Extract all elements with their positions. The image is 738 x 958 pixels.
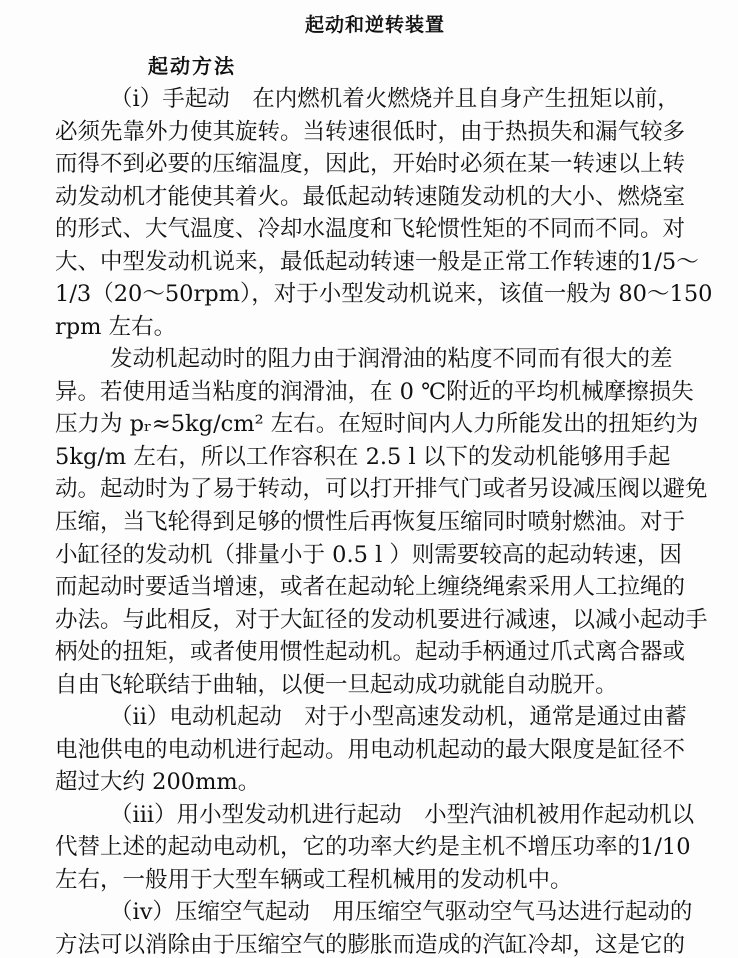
paragraph-line: 必须先靠外力使其旋转。当转速很低时，由于热损失和漏气较多 xyxy=(55,117,647,147)
paragraph-line: 的形式、大气温度、冷却水温度和飞轮惯性矩的不同而不同。对 xyxy=(55,214,647,244)
paragraph-line: （ii）电动机起动 对于小型高速发动机，通常是通过由蓄 xyxy=(110,702,647,732)
paragraph-line: 动发动机才能使其着火。最低起动转速随发动机的大小、燃烧室 xyxy=(55,182,647,212)
paragraph-line: 而得不到必要的压缩温度，因此，开始时必须在某一转速以上转 xyxy=(55,149,647,179)
paragraph-line: 柄处的扭矩，或者使用惯性起动机。起动手柄通过爪式离合器或 xyxy=(55,637,647,667)
paragraph-line: 发动机起动时的阻力由于润滑油的粘度不同而有很大的差 xyxy=(110,344,647,374)
paragraph-line: 压力为 pᵣ≈5kg/cm² 左右。在短时间内人力所能发出的扭矩约为 xyxy=(55,409,647,439)
paragraph-line: （iii）用小型发动机进行起动 小型汽油机被用作起动机以 xyxy=(110,800,647,830)
paragraph-line: 代替上述的起动电动机，它的功率大约是主机不增压功率的1/10 xyxy=(55,832,647,862)
document-page: 起动和逆转装置 起动方法 （i）手起动 在内燃机着火燃烧并且自身产生扭矩以前， … xyxy=(0,0,738,958)
paragraph-line: （iv）压缩空气起动 用压缩空气驱动空气马达进行起动的 xyxy=(110,897,647,927)
paragraph-line: 方法可以消除由于压缩空气的膨胀而造成的汽缸冷却，这是它的 xyxy=(55,930,647,958)
paragraph-line: 而起动时要适当增速，或者在起动轮上缠绕绳索采用人工拉绳的 xyxy=(55,572,647,602)
page-title: 起动和逆转装置 xyxy=(0,10,738,37)
paragraph-line: （i）手起动 在内燃机着火燃烧并且自身产生扭矩以前， xyxy=(110,84,647,114)
section-heading: 起动方法 xyxy=(148,50,236,79)
paragraph-line: 1/3（20～50rpm），对于小型发动机说来，该值一般为 80～150 xyxy=(55,279,647,309)
paragraph-line: 超过大约 200mm。 xyxy=(55,767,647,797)
paragraph-line: 压缩，当飞轮得到足够的惯性后再恢复压缩同时喷射燃油。对于 xyxy=(55,507,647,537)
paragraph-line: 大、中型发动机说来，最低起动转速一般是正常工作转速的1/5～ xyxy=(55,247,647,277)
paragraph-line: 5kg/m 左右，所以工作容积在 2.5 l 以下的发动机能够用手起 xyxy=(55,442,647,472)
paragraph-line: 异。若使用适当粘度的润滑油，在 0 ℃附近的平均机械摩擦损失 xyxy=(55,377,647,407)
paragraph-line: 左右，一般用于大型车辆或工程机械用的发动机中。 xyxy=(55,865,647,895)
paragraph-line: 办法。与此相反，对于大缸径的发动机要进行减速，以减小起动手 xyxy=(55,605,647,635)
paragraph-line: 自由飞轮联结于曲轴，以便一旦起动成功就能自动脱开。 xyxy=(55,670,647,700)
paragraph-line: rpm 左右。 xyxy=(55,312,647,342)
paragraph-line: 电池供电的电动机进行起动。用电动机起动的最大限度是缸径不 xyxy=(55,735,647,765)
paragraph-line: 动。起动时为了易于转动，可以打开排气门或者另设减压阀以避免 xyxy=(55,474,647,504)
paragraph-line: 小缸径的发动机（排量小于 0.5 l ）则需要较高的起动转速，因 xyxy=(55,540,647,570)
